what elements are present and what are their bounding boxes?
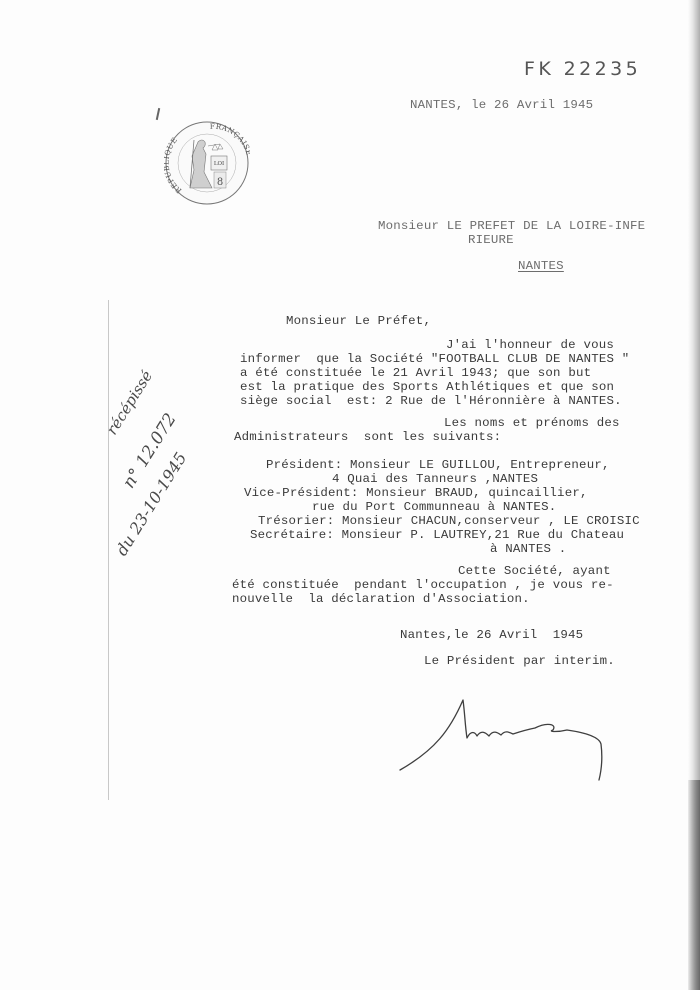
salutation: Monsieur Le Préfet, — [286, 314, 431, 329]
recipient-city: NANTES — [518, 259, 564, 274]
republique-francaise-seal-icon: REPUBLIQUE FRANÇAISE LOI 8 — [164, 120, 250, 206]
paragraph-3-line: nouvelle la déclaration d'Association. — [232, 592, 530, 607]
paragraph-1-line: est la pratique des Sports Athlétiques e… — [240, 380, 614, 395]
administrator-line: à NANTES . — [490, 542, 566, 557]
paragraph-1-line: siège social est: 2 Rue de l'Héronnière … — [240, 394, 622, 409]
paragraph-1-line: J'ai l'honneur de vous — [446, 338, 614, 353]
pen-mark — [156, 108, 160, 120]
paragraph-3-line: Cette Société, ayant — [458, 564, 611, 579]
margin-annotation-line-1: récépissé — [103, 367, 156, 438]
paragraph-2-line: Les noms et prénoms des — [444, 416, 620, 431]
administrator-line: Trésorier: Monsieur CHACUN,conserveur , … — [258, 514, 640, 529]
paragraph-2-line: Administrateurs sont les suivants: — [234, 430, 501, 445]
closing-place-date: Nantes,le 26 Avril 1945 — [400, 628, 583, 643]
paragraph-3-line: été constituée pendant l'occupation , je… — [232, 578, 614, 593]
administrator-line: rue du Port Communneau à NANTES. — [312, 500, 556, 515]
paragraph-1-line: informer que la Société "FOOTBALL CLUB D… — [240, 352, 629, 367]
reference-number: FK 22235 — [524, 58, 641, 80]
administrator-line: Président: Monsieur LE GUILLOU, Entrepre… — [266, 458, 610, 473]
margin-line — [108, 300, 109, 800]
header-place-date: NANTES, le 26 Avril 1945 — [410, 98, 593, 113]
page-edge-shadow — [688, 780, 700, 990]
closing-title: Le Président par interim. — [424, 654, 615, 669]
svg-text:8: 8 — [217, 177, 223, 188]
paragraph-1-line: a été constituée le 21 Avril 1943; que s… — [240, 366, 591, 381]
svg-text:LOI: LOI — [214, 161, 224, 167]
recipient-line-2: RIEURE — [468, 233, 514, 248]
signature-icon — [395, 680, 625, 790]
administrator-line: Vice-Président: Monsieur BRAUD, quincail… — [244, 486, 588, 501]
recipient-line-1: Monsieur LE PREFET DE LA LOIRE-INFE — [378, 219, 645, 234]
letter-page: FK 22235 NANTES, le 26 Avril 1945 REPUBL… — [0, 0, 700, 990]
administrator-line: 4 Quai des Tanneurs ,NANTES — [332, 472, 538, 487]
administrator-line: Secrétaire: Monsieur P. LAUTREY,21 Rue d… — [250, 528, 624, 543]
